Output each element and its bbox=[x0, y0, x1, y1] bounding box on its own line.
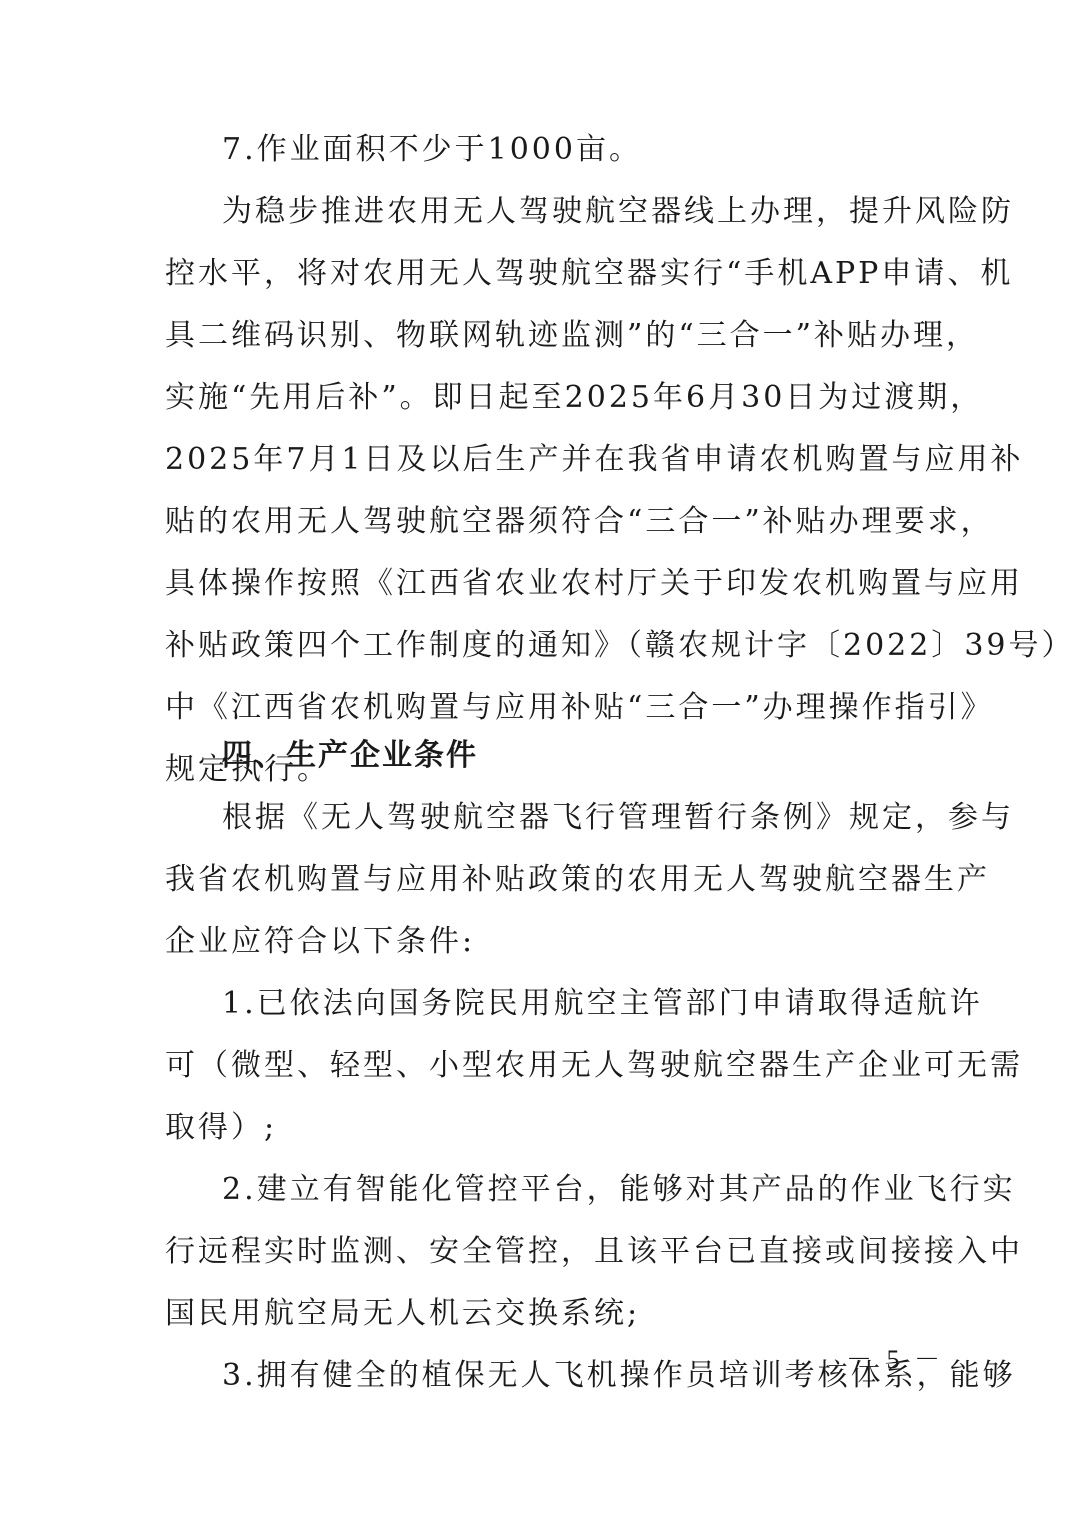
paragraph-line: 为稳步推进农用无人驾驶航空器线上办理，提升风险防 bbox=[222, 192, 915, 232]
paragraph-line: 7.作业面积不少于1000亩。 bbox=[222, 130, 915, 170]
paragraph-line: 具二维码识别、物联网轨迹监测”的“三合一”补贴办理， bbox=[165, 316, 915, 356]
paragraph-line: 具体操作按照《江西省农业农村厅关于印发农机购置与应用 bbox=[165, 564, 915, 604]
document-page: 7.作业面积不少于1000亩。 为稳步推进农用无人驾驶航空器线上办理，提升风险防… bbox=[0, 0, 1074, 1520]
paragraph-line: 控水平，将对农用无人驾驶航空器实行“手机APP申请、机 bbox=[165, 254, 915, 294]
paragraph-line: 企业应符合以下条件: bbox=[165, 922, 915, 962]
page-number: － 5 － bbox=[846, 1345, 944, 1375]
list-item-line: 国民用航空局无人机云交换系统; bbox=[165, 1294, 915, 1334]
paragraph-line: 2025年7月1日及以后生产并在我省申请农机购置与应用补 bbox=[165, 440, 915, 480]
list-item-line: 取得）; bbox=[165, 1108, 915, 1148]
list-item-line: 1.已依法向国务院民用航空主管部门申请取得适航许 bbox=[222, 984, 915, 1024]
list-item-line: 2.建立有智能化管控平台，能够对其产品的作业飞行实 bbox=[222, 1170, 915, 1210]
paragraph-line: 补贴政策四个工作制度的通知》（赣农规计字〔2022〕39号） bbox=[165, 626, 915, 666]
section-heading: 四、生产企业条件 bbox=[222, 736, 915, 776]
paragraph-line: 贴的农用无人驾驶航空器须符合“三合一”补贴办理要求， bbox=[165, 502, 915, 542]
list-item-line: 3.拥有健全的植保无人飞机操作员培训考核体系，能够 bbox=[222, 1356, 915, 1396]
list-item-line: 可（微型、轻型、小型农用无人驾驶航空器生产企业可无需 bbox=[165, 1046, 915, 1086]
paragraph-line: 中《江西省农机购置与应用补贴“三合一”办理操作指引》 bbox=[165, 688, 915, 728]
list-item-line: 行远程实时监测、安全管控，且该平台已直接或间接接入中 bbox=[165, 1232, 915, 1272]
paragraph-line: 根据《无人驾驶航空器飞行管理暂行条例》规定，参与 bbox=[222, 798, 915, 838]
paragraph-line: 我省农机购置与应用补贴政策的农用无人驾驶航空器生产 bbox=[165, 860, 915, 900]
paragraph-line: 实施“先用后补”。即日起至2025年6月30日为过渡期， bbox=[165, 378, 915, 418]
